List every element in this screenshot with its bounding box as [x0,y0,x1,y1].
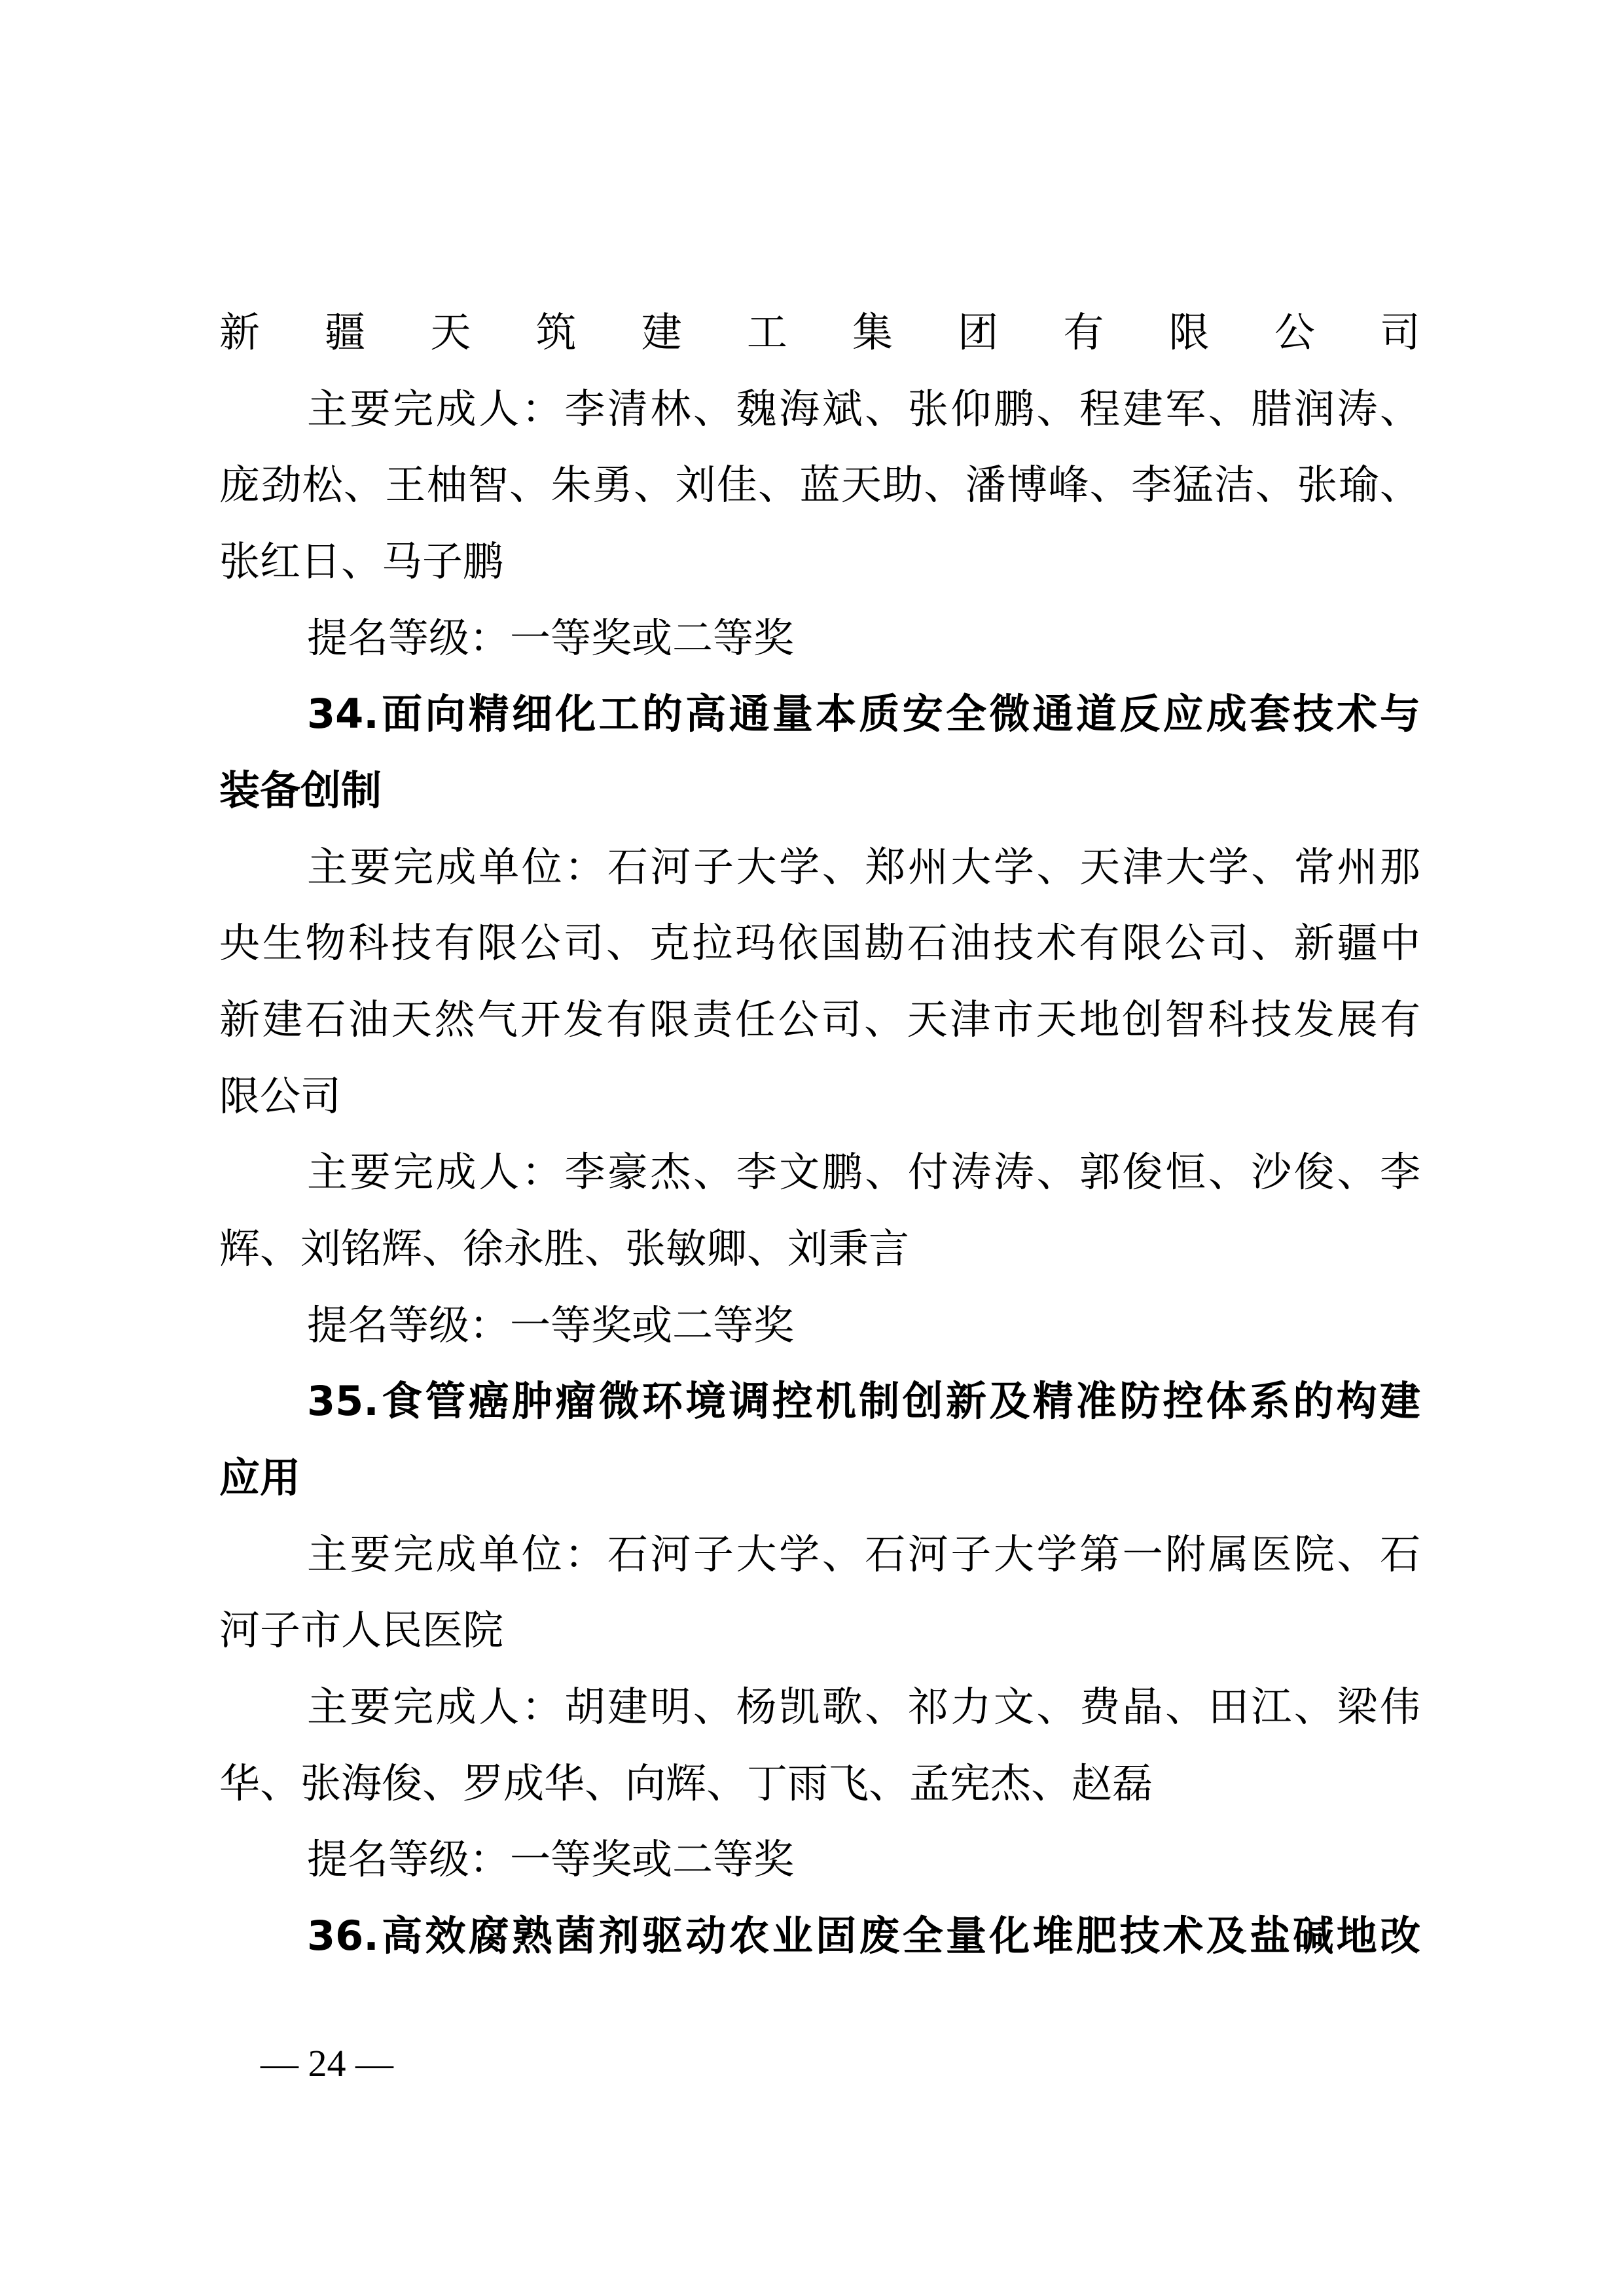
nomination-level-line: 提名等级：一等奖或二等奖 [307,1821,1420,1897]
item-heading-36: 36.高效腐熟菌剂驱动农业固废全量化堆肥技术及盐碱地改 [307,1897,1420,1974]
item-heading-35-cont: 应用 [219,1439,1420,1516]
item-heading-34: 34.面向精细化工的高通量本质安全微通道反应成套技术与 [307,675,1420,752]
paragraph-line: 辉、刘铭辉、徐永胜、张敏卿、刘秉言 [219,1210,1420,1287]
paragraph-line: 新疆天筑建工集团有限公司 [219,294,1420,370]
item-heading-34-cont: 装备创制 [219,752,1420,829]
paragraph-line: 主要完成人：李清林、魏海斌、张仰鹏、程建军、腊润涛、 [307,370,1420,447]
paragraph-line: 河子市人民医院 [219,1592,1420,1668]
paragraph-line: 央生物科技有限公司、克拉玛依国勘石油技术有限公司、新疆中 [219,905,1420,981]
paragraph-line: 庞劲松、王柚智、朱勇、刘佳、蓝天助、潘博峰、李猛洁、张瑜、 [219,446,1420,523]
paragraph-line: 张红日、马子鹏 [219,523,1420,600]
nomination-level-line: 提名等级：一等奖或二等奖 [307,600,1420,676]
paragraph-line: 主要完成人：李豪杰、李文鹏、付涛涛、郭俊恒、沙俊、李 [307,1134,1420,1210]
paragraph-line: 限公司 [219,1058,1420,1134]
nomination-level-line: 提名等级：一等奖或二等奖 [307,1287,1420,1363]
item-heading-35: 35.食管癌肿瘤微环境调控机制创新及精准防控体系的构建 [307,1363,1420,1439]
paragraph-line: 主要完成人：胡建明、杨凯歌、祁力文、费晶、田江、梁伟 [307,1668,1420,1745]
paragraph-line: 新建石油天然气开发有限责任公司、天津市天地创智科技发展有 [219,981,1420,1058]
page-number: — 24 — [261,2041,393,2087]
paragraph-line: 华、张海俊、罗成华、向辉、丁雨飞、孟宪杰、赵磊 [219,1745,1420,1821]
document-page: 新疆天筑建工集团有限公司 主要完成人：李清林、魏海斌、张仰鹏、程建军、腊润涛、 … [0,0,1624,2296]
paragraph-line: 主要完成单位：石河子大学、郑州大学、天津大学、常州那 [307,829,1420,905]
paragraph-line: 主要完成单位：石河子大学、石河子大学第一附属医院、石 [307,1516,1420,1592]
